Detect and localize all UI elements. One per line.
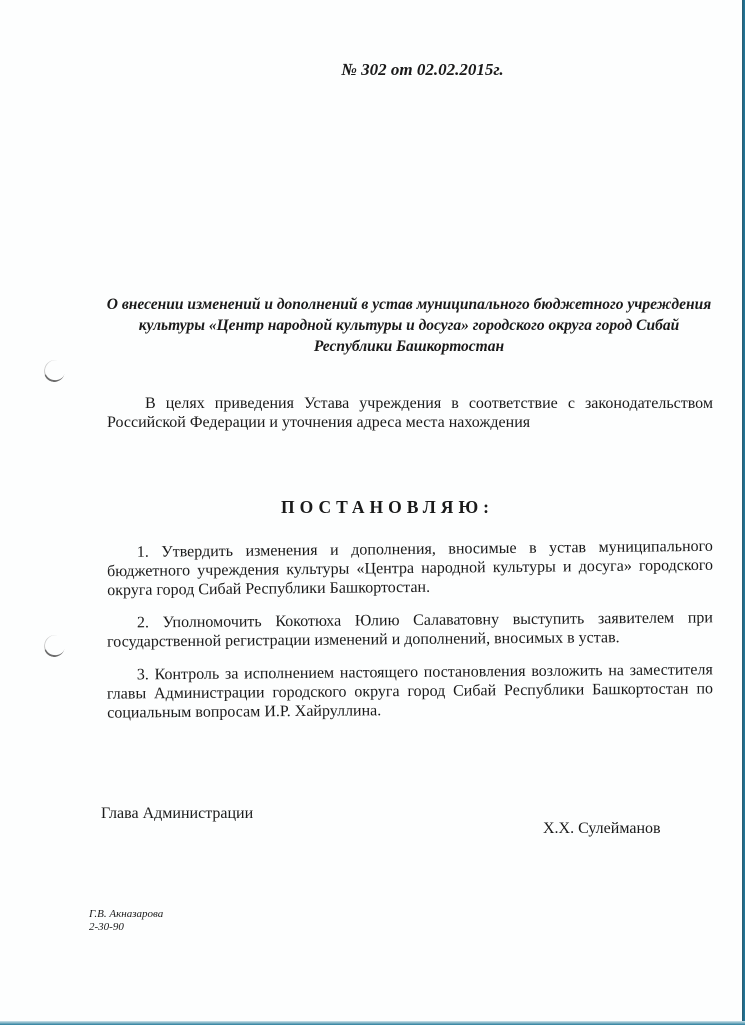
hole-punch-mark-top: [42, 358, 68, 385]
hole-punch-mark-bottom: [42, 633, 68, 660]
scanned-page: № 302 от 02.02.2015г. О внесении изменен…: [0, 0, 745, 1025]
decree-item-2: 2. Уполномочить Кокотюха Юлию Салаватовн…: [107, 608, 713, 651]
decree-item-3: 3. Контроль за исполнением настоящего по…: [107, 660, 713, 722]
executor-name: Г.В. Акназарова: [89, 908, 163, 921]
executor-block: Г.В. Акназарова 2-30-90: [89, 908, 163, 934]
decree-item-1: 1. Утвердить изменения и дополнения, вно…: [107, 537, 714, 600]
signatory-name: Х.Х. Сулейманов: [543, 820, 661, 838]
preamble-paragraph: В целях приведения Устава учреждения в с…: [107, 394, 713, 432]
scan-edge-bottom: [0, 1021, 745, 1025]
decree-heading: ПОСТАНОВЛЯЮ:: [0, 497, 745, 518]
document-number: № 302 от 02.02.2015г.: [0, 60, 745, 80]
document-title: О внесении изменений и дополнений в уста…: [100, 294, 718, 357]
executor-phone: 2-30-90: [89, 921, 163, 934]
signatory-role: Глава Администрации: [101, 805, 253, 823]
